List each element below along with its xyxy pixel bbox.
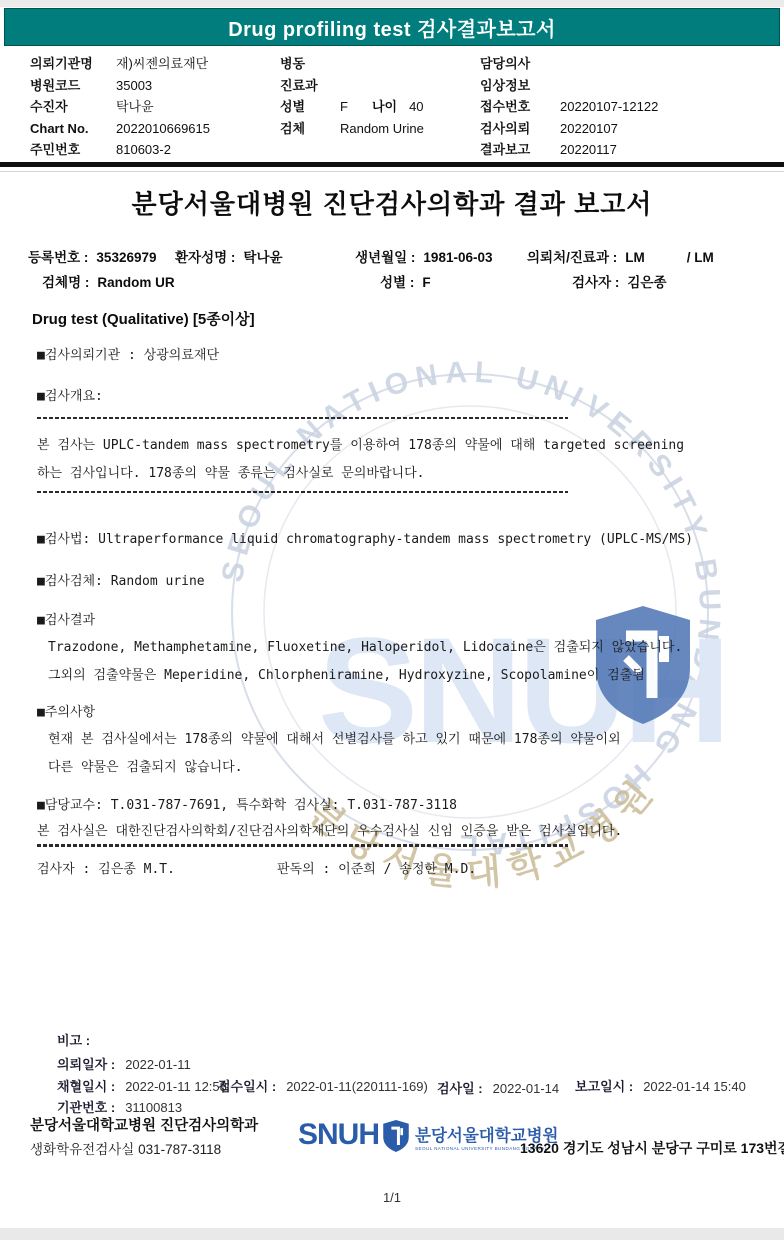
patient-birth: 생년월일 :1981-06-03 [355,246,492,266]
collect-value: 2022-01-11 12:58 [125,1079,227,1094]
age-value: 40 [409,96,423,118]
header-col-left: 의뢰기관명재)씨젠의료재단 병원코드35003 수진자탁나윤 Chart No.… [30,53,210,161]
request-date-value: 2022-01-11 [125,1057,191,1072]
header-divider [0,162,784,167]
patient-specimen-value: Random UR [97,275,174,290]
patient-dept-value: LM [625,250,645,265]
field-value: Random Urine [340,118,424,140]
field-value: 탁나윤 [116,96,154,118]
specimen-line: ■검사검체: Random urine [37,570,205,589]
overview-line2: 하는 검사입니다. 178종의 약물 종류는 검사실로 문의바랍니다. [37,462,425,481]
result-line1: Trazodone, Methamphetamine, Fluoxetine, … [48,636,682,655]
request-date-label: 의뢰일자 : [57,1057,115,1072]
test-date-label: 검사일 : [437,1081,483,1096]
header-row: 의뢰기관명재)씨젠의료재단 [30,53,210,75]
report-title-bar-text: Drug profiling test 검사결과보고서 [228,13,556,42]
footer-address: 13620 경기도 성남시 분당구 구미로 173번길 82 [520,1138,784,1158]
field-label: 수진자 [30,96,116,118]
top-strip [0,0,784,7]
report-page: SEOUL NATIONAL UNIVERSITY BUNDANG HOSPIT… [0,0,784,1240]
patient-dept-label: 의뢰처/진료과 : [527,250,617,265]
request-org-line: ■검사의뢰기관 : 상광의료재단 [37,344,219,363]
reader-value: 이준희 / 송정한 M.D. [338,862,476,877]
watermark-snuh-text: SNUH [318,606,727,774]
field-label: 의뢰기관명 [30,53,116,75]
patient-sex-value: F [422,275,430,290]
age-label: 나이 [372,96,397,118]
patient-name-value: 탁나윤 [243,250,282,265]
header-row: 임상정보 [480,75,658,97]
snuh-logo-text: SNUH [298,1118,379,1152]
field-label: 성별 [280,96,340,118]
field-value: 35003 [116,75,152,97]
patient-specimen-label: 검체명 : [42,275,89,290]
patient-birth-value: 1981-06-03 [423,250,492,265]
field-value: 2022010669615 [116,118,210,140]
field-value: 재)씨젠의료재단 [116,53,208,75]
tech-label: 검사자 : [37,862,90,877]
patient-name-label: 환자성명 : [175,250,235,265]
field-value: 20220117 [560,139,617,161]
patient-reg-value: 35326979 [96,250,156,265]
page-number: 1/1 [0,1190,784,1205]
overview-line1: 본 검사는 UPLC-tandem mass spectrometry를 이용하… [37,434,684,453]
page-title: 분당서울대병원 진단검사의학과 결과 보고서 [0,184,784,221]
patient-examiner-value: 김은종 [627,275,666,290]
bottom-strip [0,1228,784,1240]
header-row: 진료과 [280,75,424,97]
footer-lab-line: 생화학유전검사실 031-787-3118 [30,1138,221,1158]
tech-value: 김은종 M.T. [98,862,175,877]
overview-heading: ■검사개요: [37,385,103,404]
patient-dept: 의뢰처/진료과 :LM/ LM [527,246,714,266]
snuh-shield-icon [383,1120,409,1152]
collect-row: 채혈일시 :2022-01-11 12:58 [57,1076,227,1095]
caution-line1: 현재 본 검사실에서는 178종의 약물에 대해서 선별검사를 하고 있기 때문… [48,728,621,747]
field-value: 810603-2 [116,139,171,161]
header-row: 검사의뢰20220107 [480,118,658,140]
receipt-value: 2022-01-11(220111-169) [286,1079,428,1094]
contact-line: ■담당교수: T.031-787-7691, 특수화학 검사실: T.031-7… [37,794,457,813]
reader-label: 판독의 : [277,862,330,877]
header-row: 성별 F 나이 40 [280,96,424,118]
header-row: 담당의사 [480,53,658,75]
result-line2: 그외의 검출약물은 Meperidine, Chlorpheniramine, … [48,664,645,683]
dashed-separator [37,417,568,419]
patient-reg-label: 등록번호 : [28,250,88,265]
caution-heading: ■주의사항 [37,701,95,720]
field-label: 임상정보 [480,75,560,97]
test-heading: Drug test (Qualitative) [5종이상] [32,308,255,329]
header-col-middle: 병동 진료과 성별 F 나이 40 검체Random Urine [280,53,424,139]
header-row: 수진자탁나윤 [30,96,210,118]
header-row: Chart No.2022010669615 [30,118,210,140]
tech-signature: 검사자 : 김은종 M.T. [37,858,175,877]
reader-signature: 판독의 : 이준희 / 송정한 M.D. [277,858,476,877]
field-label: 접수번호 [480,96,560,118]
test-date-value: 2022-01-14 [493,1081,560,1096]
header-row: 검체Random Urine [280,118,424,140]
accreditation-line: 본 검사실은 대한진단검사의학회/진단검사의학재단의 우수검사실 신임 인증을 … [37,820,622,839]
patient-examiner-label: 검사자 : [572,275,619,290]
field-value: F [340,96,348,118]
patient-reg: 등록번호 :35326979 [28,246,157,266]
header-divider-shadow [0,171,784,172]
dashed-separator [37,844,568,847]
result-heading: ■검사결과 [37,609,95,628]
report-date-row: 보고일시 :2022-01-14 15:40 [575,1076,746,1095]
header-row: 병원코드35003 [30,75,210,97]
request-date-row: 의뢰일자 :2022-01-11 [57,1054,191,1073]
org-no-value: 31100813 [125,1100,182,1115]
field-label: 결과보고 [480,139,560,161]
caution-line2: 다른 약물은 검출되지 않습니다. [48,756,243,775]
watermark-ring-text: SEOUL NATIONAL UNIVERSITY BUNDANG HOSPIT… [216,356,727,862]
header-col-right: 담당의사 임상정보 접수번호20220107-12122 검사의뢰2022010… [480,53,658,161]
patient-sex: 성별 :F [380,271,431,291]
test-date-row: 검사일 :2022-01-14 [437,1078,559,1097]
dashed-separator [37,491,568,493]
header-row: 접수번호20220107-12122 [480,96,658,118]
org-no-label: 기관번호 : [57,1100,115,1115]
receipt-row: 접수일시 :2022-01-11(220111-169) [218,1076,428,1095]
field-label: 진료과 [280,75,340,97]
field-label: Chart No. [30,118,116,140]
field-label: 병동 [280,53,340,75]
method-line: ■검사법: Ultraperformance liquid chromatogr… [37,528,693,547]
patient-examiner: 검사자 :김은종 [572,271,667,291]
patient-name: 환자성명 :탁나윤 [175,246,283,266]
field-value: 20220107-12122 [560,96,658,118]
field-label: 주민번호 [30,139,116,161]
field-label: 검사의뢰 [480,118,560,140]
patient-birth-label: 생년월일 : [355,250,415,265]
report-date-value: 2022-01-14 15:40 [643,1079,746,1094]
remark-row: 비고 : [57,1030,90,1049]
remark-label: 비고 : [57,1033,90,1048]
receipt-label: 접수일시 : [218,1079,276,1094]
footer-dept-name: 분당서울대학교병원 진단검사의학과 [30,1114,258,1135]
header-row: 병동 [280,53,424,75]
patient-specimen: 검체명 :Random UR [42,271,175,291]
patient-dept2-value: / LM [687,250,714,265]
field-label: 담당의사 [480,53,560,75]
field-label: 검체 [280,118,340,140]
report-title-bar: Drug profiling test 검사결과보고서 [4,8,780,46]
header-row: 결과보고20220117 [480,139,658,161]
field-value: 20220107 [560,118,618,140]
header-row: 주민번호810603-2 [30,139,210,161]
patient-sex-label: 성별 : [380,275,414,290]
field-label: 병원코드 [30,75,116,97]
report-date-label: 보고일시 : [575,1079,633,1094]
collect-label: 채혈일시 : [57,1079,115,1094]
